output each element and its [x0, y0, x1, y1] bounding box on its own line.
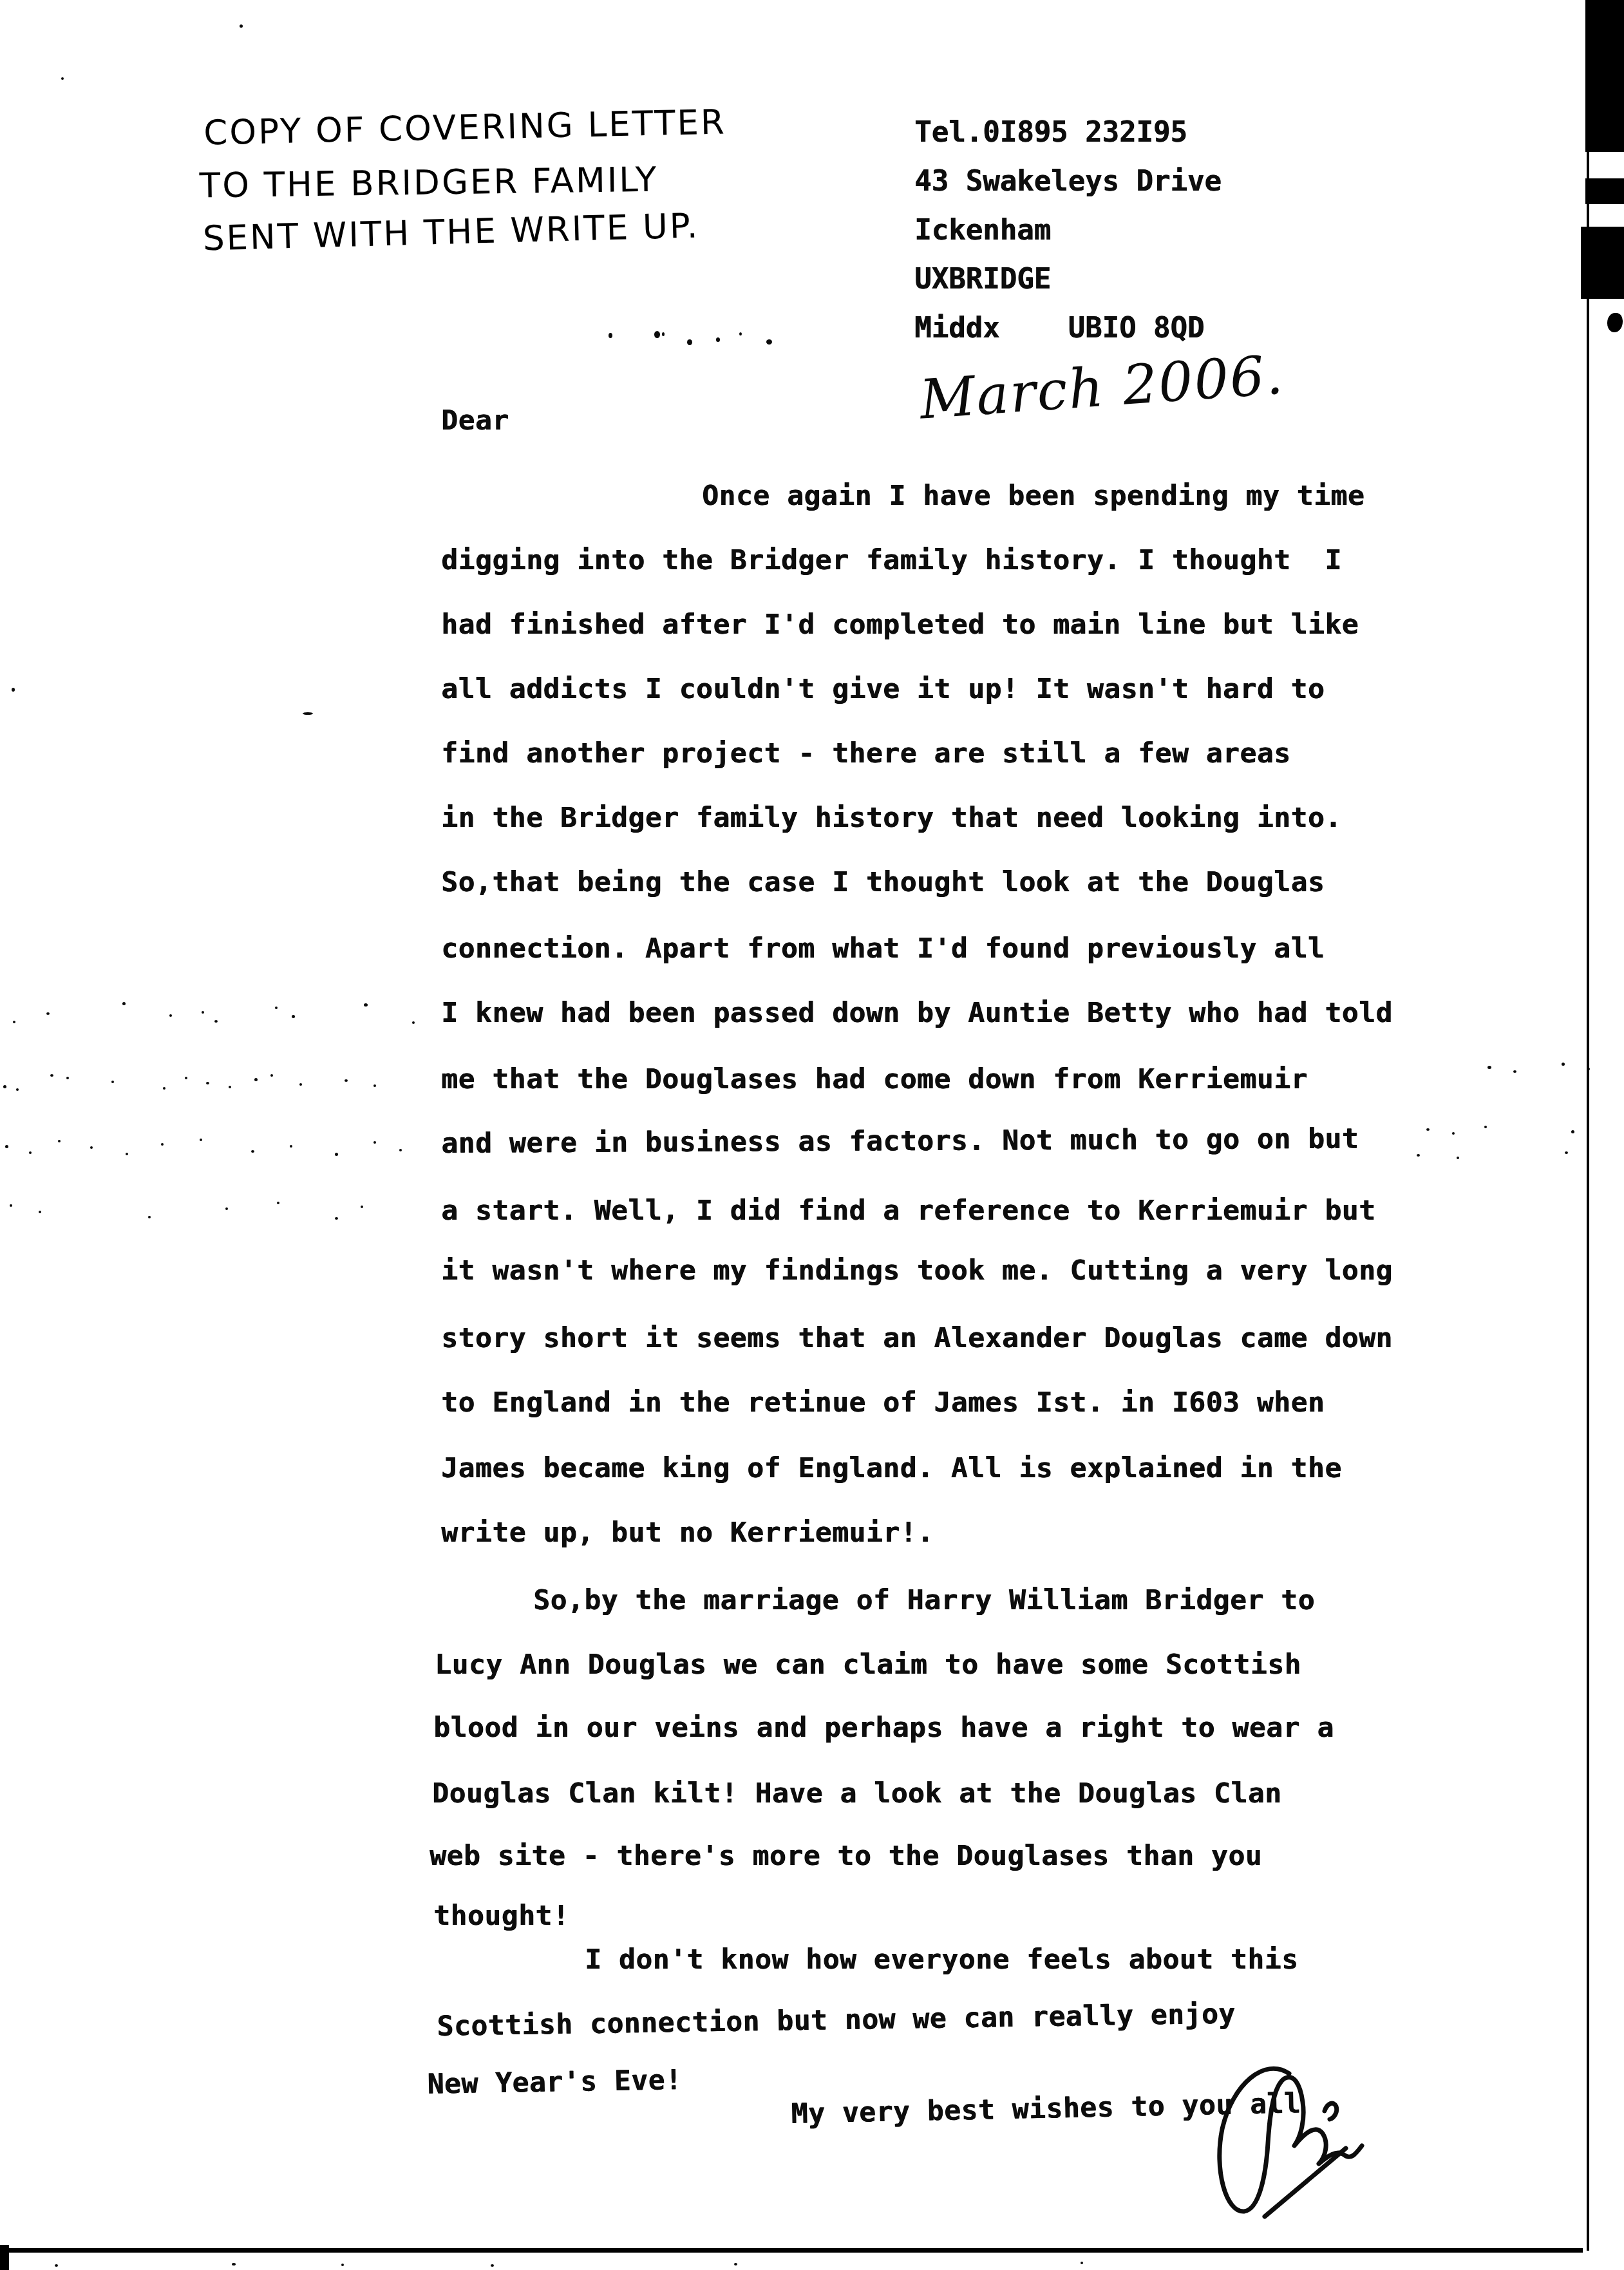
scan-noise-speck — [654, 331, 660, 338]
typewritten-line: blood in our veins and perhaps have a ri… — [433, 1712, 1334, 1744]
scan-noise-speck — [5, 1145, 8, 1148]
scan-noise-speck — [341, 2264, 344, 2266]
scan-noise-speck — [232, 2263, 236, 2265]
scan-noise-speck — [200, 1139, 202, 1141]
typewritten-line: Douglas Clan kilt! Have a look at the Do… — [432, 1777, 1281, 1810]
scan-noise-speck — [609, 333, 612, 338]
typewritten-line: me that the Douglases had come down from… — [441, 1063, 1308, 1095]
scan-noise-speck — [126, 1153, 128, 1155]
scan-noise-speck — [275, 1007, 278, 1009]
sender-address-line: Ickenham — [914, 206, 1222, 255]
scan-noise-speck — [373, 1084, 376, 1087]
right-edge-ink-blob — [1607, 313, 1623, 332]
right-edge-black-block — [1585, 0, 1624, 152]
scan-noise-speck — [1484, 1126, 1487, 1128]
scan-noise-speck — [3, 1085, 6, 1088]
scan-noise-speck — [1571, 1130, 1574, 1133]
scan-noise-speck — [225, 1207, 228, 1210]
scan-noise-speck — [290, 1145, 292, 1148]
sender-address-line: UXBRIDGE — [914, 255, 1222, 304]
typewritten-line: Once again I have been spending my time — [702, 480, 1364, 512]
typewritten-line: New Year's Eve! — [427, 2064, 683, 2101]
scan-noise-speck — [299, 1083, 302, 1086]
scan-noise-speck — [270, 1074, 273, 1077]
scan-noise-speck — [39, 1211, 41, 1213]
scan-noise-speck — [185, 1077, 187, 1079]
scan-noise-speck — [122, 1002, 126, 1005]
typewritten-line: write up, but no Kerriemuir!. — [441, 1517, 934, 1549]
typewritten-line: it wasn't where my findings took me. Cut… — [441, 1254, 1393, 1287]
scan-noise-speck — [734, 2263, 737, 2265]
handwritten-note-line: COPY OF COVERING LETTER — [203, 97, 727, 160]
scan-noise-speck — [1513, 1070, 1516, 1073]
scan-noise-speck — [251, 1150, 254, 1153]
scan-noise-speck — [303, 712, 313, 715]
scan-border-bottom-line — [0, 2248, 1583, 2253]
scan-noise-speck — [491, 2264, 494, 2267]
scan-noise-speck — [66, 1077, 69, 1079]
scan-noise-speck — [169, 1014, 172, 1017]
scan-noise-speck — [399, 1149, 402, 1151]
handwritten-annotation: COPY OF COVERING LETTERTO THE BRIDGER FA… — [203, 97, 729, 266]
scan-noise-speck — [1417, 1154, 1420, 1157]
scan-noise-speck — [716, 337, 720, 342]
typewritten-line: I don't know how everyone feels about th… — [585, 1944, 1298, 1976]
sender-address-line: Tel.0I895 232I95 — [914, 108, 1222, 157]
scan-noise-speck — [739, 332, 742, 336]
scan-noise-speck — [254, 1078, 258, 1081]
scan-noise-speck — [10, 1204, 12, 1207]
scan-noise-speck — [364, 1003, 368, 1007]
scan-noise-speck — [90, 1146, 93, 1149]
scan-noise-speck — [1562, 1063, 1565, 1066]
scan-noise-speck — [240, 24, 243, 28]
scan-noise-speck — [163, 1087, 165, 1090]
scan-noise-speck — [206, 1082, 209, 1084]
scan-noise-speck — [12, 688, 15, 692]
scanned-letter-page: COPY OF COVERING LETTERTO THE BRIDGER FA… — [0, 0, 1624, 2270]
scan-noise-speck — [1565, 1151, 1568, 1154]
typewritten-line: thought! — [433, 1900, 569, 1932]
signature-flourish — [1325, 2103, 1337, 2119]
scan-noise-speck — [61, 77, 64, 80]
scan-noise-speck — [335, 1153, 338, 1156]
typewritten-line: had finished after I'd completed to main… — [441, 609, 1359, 641]
scan-noise-speck — [373, 1141, 376, 1144]
scan-noise-speck — [46, 1012, 50, 1015]
scan-noise-speck — [50, 1074, 53, 1077]
scan-noise-speck — [335, 1217, 338, 1220]
scan-noise-speck — [277, 1202, 279, 1204]
typewritten-line: Scottish connection but now we can reall… — [437, 1998, 1236, 2043]
scan-noise-speck — [202, 1011, 204, 1014]
typewritten-line: web site - there's more to the Douglases… — [430, 1840, 1262, 1872]
scan-noise-speck — [16, 1088, 19, 1091]
signature-underline-slash — [1265, 2148, 1346, 2217]
sender-address-block: Tel.0I895 232I9543 Swakeleys DriveIckenh… — [914, 108, 1222, 353]
scan-noise-speck — [292, 1015, 295, 1018]
scan-noise-speck — [1457, 1157, 1459, 1159]
sender-address-line: Middx UBIO 8QD — [914, 304, 1222, 353]
signature-john: John (handwritten signature) — [1193, 2047, 1450, 2253]
scan-noise-speck — [1452, 1132, 1455, 1135]
typewritten-line: I knew had been passed down by Auntie Be… — [441, 997, 1393, 1029]
scan-border-vertical-line — [1587, 0, 1589, 2251]
scan-noise-speck — [13, 1021, 15, 1023]
scan-noise-speck — [29, 1151, 32, 1154]
scan-noise-speck — [345, 1079, 348, 1082]
scan-noise-speck — [214, 1020, 218, 1023]
sender-address-line: 43 Swakeleys Drive — [914, 157, 1222, 206]
bottom-left-edge-mark — [0, 2245, 9, 2270]
scan-noise-speck — [55, 2264, 58, 2267]
typewritten-line: So,by the marriage of Harry William Brid… — [533, 1584, 1315, 1616]
scan-noise-speck — [766, 339, 772, 345]
handwritten-date: March 2006. — [918, 343, 1286, 431]
scan-noise-speck — [1487, 1066, 1491, 1069]
scan-noise-speck — [161, 1143, 164, 1146]
scan-noise-speck — [412, 1021, 415, 1024]
typewritten-line: connection. Apart from what I'd found pr… — [441, 932, 1325, 965]
typewritten-line: James became king of England. All is exp… — [441, 1452, 1342, 1484]
typewritten-line: find another project - there are still a… — [441, 737, 1290, 770]
scan-noise-speck — [1426, 1128, 1430, 1131]
typewritten-line: So,that being the case I thought look at… — [441, 866, 1325, 898]
typewritten-line: all addicts I couldn't give it up! It wa… — [441, 673, 1325, 705]
scan-noise-speck — [1081, 2262, 1083, 2264]
scan-noise-speck — [58, 1140, 61, 1142]
scan-noise-speck — [148, 1216, 151, 1218]
scan-noise-speck — [662, 332, 665, 336]
right-edge-black-block — [1585, 178, 1624, 204]
typewritten-line: to England in the retinue of James Ist. … — [441, 1386, 1325, 1419]
typewritten-line: a start. Well, I did find a reference to… — [441, 1195, 1375, 1227]
scan-noise-speck — [111, 1081, 114, 1083]
salutation: Dear — [441, 404, 509, 437]
scan-noise-speck — [229, 1086, 231, 1088]
scan-noise-speck — [361, 1206, 363, 1208]
signature-stroke — [1220, 2068, 1362, 2211]
typewritten-line: digging into the Bridger family history.… — [441, 544, 1342, 576]
typewritten-line: and were in business as factors. Not muc… — [441, 1123, 1359, 1160]
typewritten-line: Lucy Ann Douglas we can claim to have so… — [435, 1649, 1301, 1681]
typewritten-line: story short it seems that an Alexander D… — [441, 1322, 1393, 1354]
scan-noise-speck — [687, 339, 692, 345]
typewritten-line: in the Bridger family history that need … — [441, 802, 1342, 834]
